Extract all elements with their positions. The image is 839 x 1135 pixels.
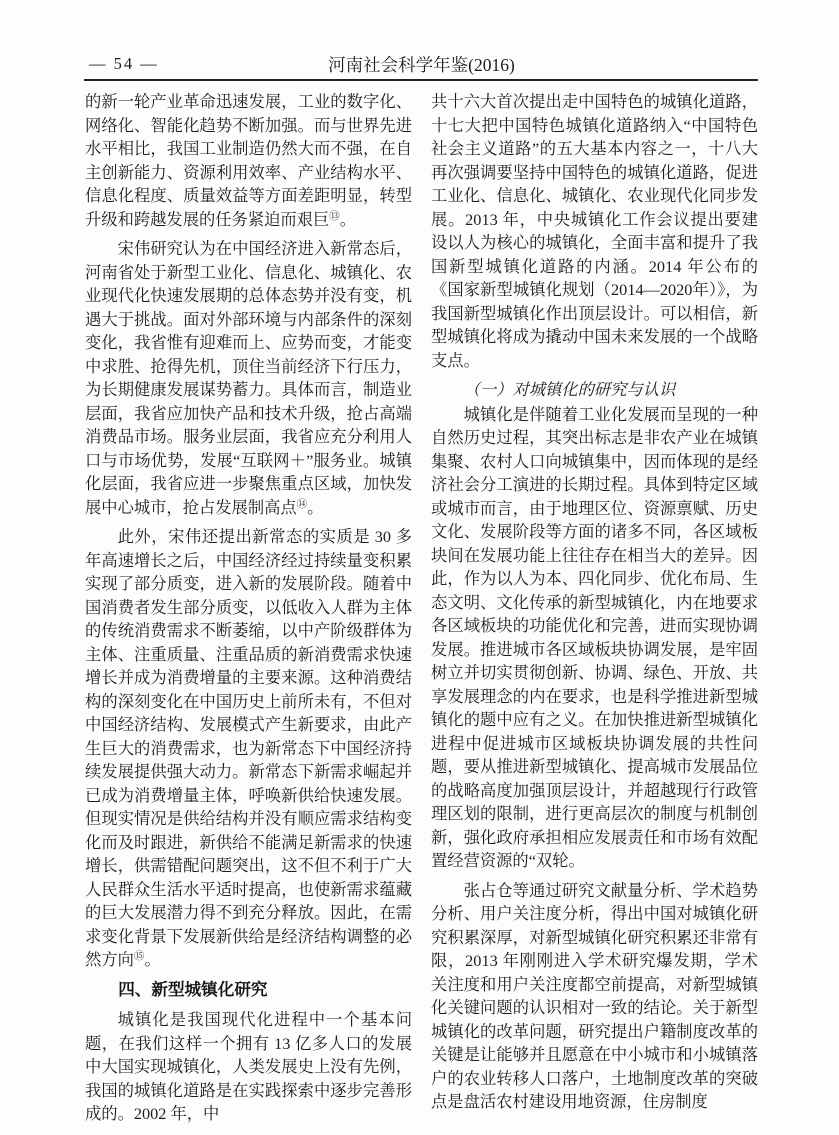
- paragraph-text: 宋伟研究认为在中国经济进入新常态后，河南省处于新型工业化、信息化、城镇化、农业现…: [85, 239, 412, 517]
- paragraph-text: 共十六大首次提出走中国特色的城镇化道路，十七大把中国特色城镇化道路纳入“中国特色…: [431, 92, 758, 370]
- sentence-end: 。: [144, 950, 160, 969]
- paragraph-text: 城镇化是我国现代化进程中一个基本问题，在我们这样一个拥有 13 亿多人口的发展中…: [85, 1010, 412, 1123]
- page-header: — 54 — 河南社会科学年鉴(2016): [85, 52, 758, 76]
- page-body: 的新一轮产业革命迅速发展，工业的数字化、网络化、智能化趋势不断加强。而与世界先进…: [85, 90, 758, 1126]
- paragraph-text: 的新一轮产业革命迅速发展，工业的数字化、网络化、智能化趋势不断加强。而与世界先进…: [85, 92, 412, 229]
- footnote-marker: ⑬: [329, 210, 340, 222]
- left-column: 的新一轮产业革命迅速发展，工业的数字化、网络化、智能化趋势不断加强。而与世界先进…: [85, 90, 412, 1126]
- paragraph: 城镇化是我国现代化进程中一个基本问题，在我们这样一个拥有 13 亿多人口的发展中…: [85, 1008, 412, 1126]
- footnote-marker: ⑭: [297, 498, 308, 510]
- paragraph: 城镇化是伴随着工业化发展而呈现的一种自然历史过程，其突出标志是非农产业在城镇集聚…: [431, 403, 758, 873]
- journal-title: 河南社会科学年鉴(2016): [85, 52, 758, 77]
- header-rule: [84, 79, 758, 81]
- sentence-end: 。: [307, 498, 323, 517]
- paragraph: 张占仓等通过研究文献量分析、学术趋势分析、用户关注度分析，得出中国对城镇化研究积…: [431, 879, 758, 1114]
- paragraph-text: 此外，宋伟还提出新常态的实质是 30 多年高速增长之后，中国经济经过持续量变积累…: [85, 527, 412, 969]
- section-heading: 四、新型城镇化研究: [85, 978, 412, 1002]
- paragraph: 此外，宋伟还提出新常态的实质是 30 多年高速增长之后，中国经济经过持续量变积累…: [85, 525, 412, 972]
- subsection-heading: （一）对城镇化的研究与认识: [431, 378, 758, 402]
- paragraph: 共十六大首次提出走中国特色的城镇化道路，十七大把中国特色城镇化道路纳入“中国特色…: [431, 90, 758, 372]
- paragraph-text: 张占仓等通过研究文献量分析、学术趋势分析、用户关注度分析，得出中国对城镇化研究积…: [431, 881, 758, 1112]
- footnote-marker: ⑮: [134, 950, 145, 962]
- sentence-end: 。: [340, 210, 356, 229]
- paragraph: 的新一轮产业革命迅速发展，工业的数字化、网络化、智能化趋势不断加强。而与世界先进…: [85, 90, 412, 231]
- document-page: — 54 — 河南社会科学年鉴(2016) 的新一轮产业革命迅速发展，工业的数字…: [0, 0, 839, 1135]
- paragraph: 宋伟研究认为在中国经济进入新常态后，河南省处于新型工业化、信息化、城镇化、农业现…: [85, 237, 412, 519]
- right-column: 共十六大首次提出走中国特色的城镇化道路，十七大把中国特色城镇化道路纳入“中国特色…: [431, 90, 758, 1126]
- paragraph-text: 城镇化是伴随着工业化发展而呈现的一种自然历史过程，其突出标志是非农产业在城镇集聚…: [431, 405, 758, 871]
